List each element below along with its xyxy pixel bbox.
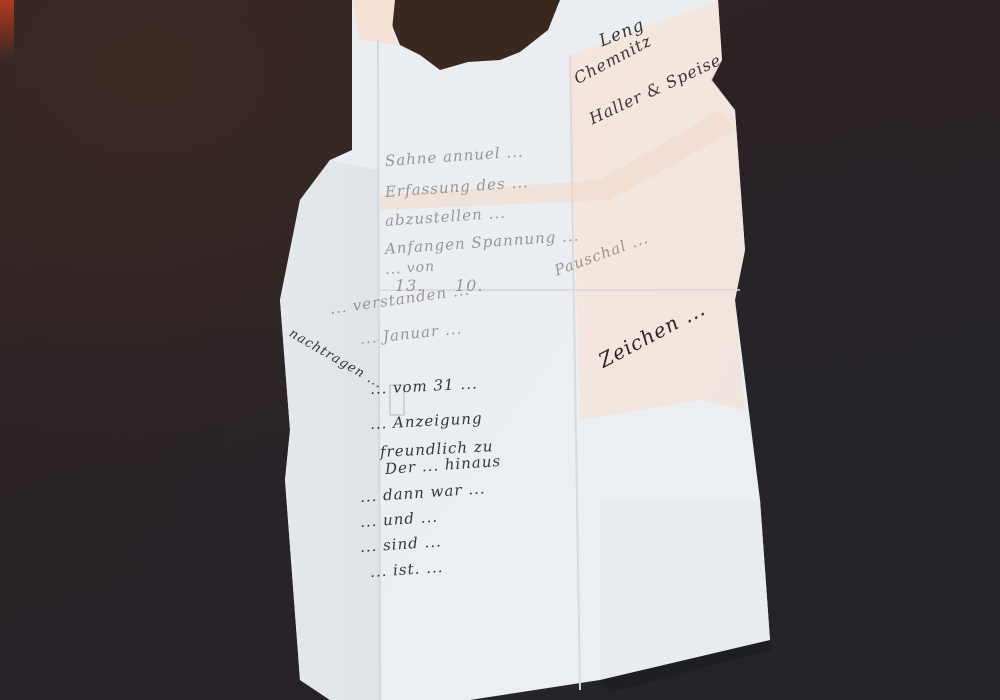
letter-paper	[0, 0, 1000, 700]
